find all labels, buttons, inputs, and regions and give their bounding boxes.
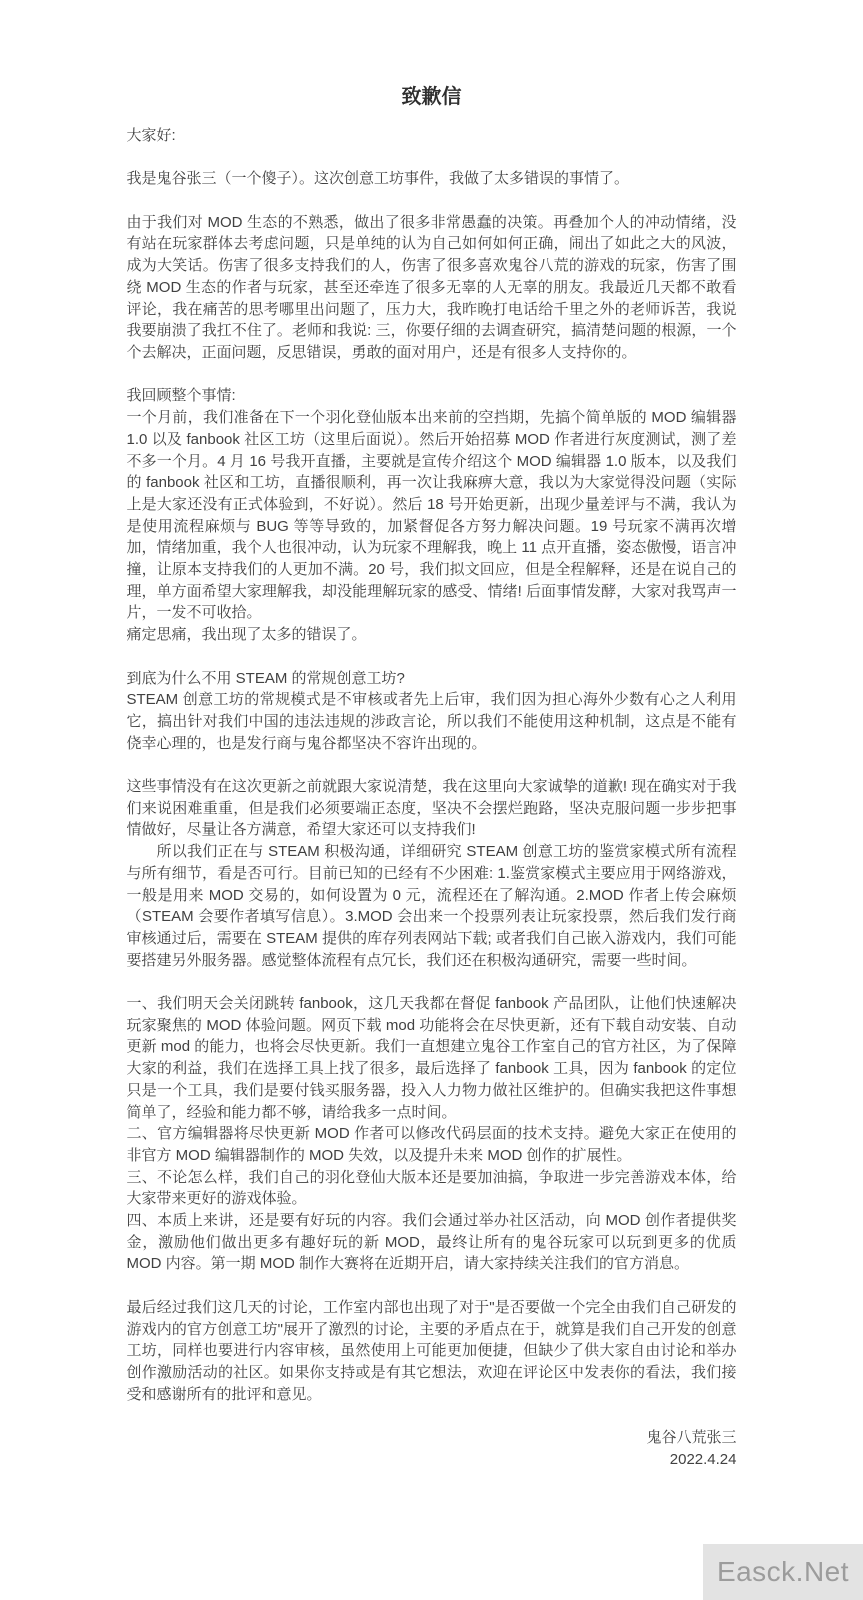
salutation: 大家好: — [127, 125, 737, 147]
document-page: 致歉信 大家好: 我是鬼谷张三（一个傻子）。这次创意工坊事件，我做了太多错误的事… — [0, 0, 863, 1600]
list-item-point-1: 一、我们明天会关闭跳转 fanbook，这几天我都在督促 fanbook 产品团… — [127, 993, 737, 1123]
paragraph-closing: 最后经过我们这几天的讨论，工作室内部也出现了对于"是否要做一个完全由我们自己研发… — [127, 1297, 737, 1406]
letter-body: 大家好: 我是鬼谷张三（一个傻子）。这次创意工坊事件，我做了太多错误的事情了。 … — [127, 125, 737, 1470]
list-item-point-3: 三、不论怎么样，我们自己的羽化登仙大版本还是要加油搞，争取进一步完善游戏本体，给… — [127, 1167, 737, 1210]
signature: 鬼谷八荒张三 — [127, 1427, 737, 1449]
paragraph-intro: 我是鬼谷张三（一个傻子）。这次创意工坊事件，我做了太多错误的事情了。 — [127, 168, 737, 190]
paragraph-review-conclusion: 痛定思痛，我出现了太多的错误了。 — [127, 624, 737, 646]
watermark-badge: Easck.Net — [703, 1544, 863, 1600]
steam-question-heading: 到底为什么不用 STEAM 的常规创意工坊? — [127, 668, 737, 690]
list-item-point-4: 四、本质上来讲，还是要有好玩的内容。我们会通过举办社区活动，向 MOD 创作者提… — [127, 1210, 737, 1275]
paragraph-review-timeline: 一个月前，我们准备在下一个羽化登仙版本出来前的空挡期，先搞个简单版的 MOD 编… — [127, 407, 737, 624]
paragraph-mistakes: 由于我们对 MOD 生态的不熟悉，做出了很多非常愚蠢的决策。再叠加个人的冲动情绪… — [127, 212, 737, 364]
watermark-text: Easck.Net — [717, 1556, 849, 1588]
letter-date: 2022.4.24 — [127, 1449, 737, 1471]
paragraph-steam-answer: STEAM 创意工坊的常规模式是不审核或者先上后审，我们因为担心海外少数有心之人… — [127, 689, 737, 754]
paragraph-apology: 这些事情没有在这次更新之前就跟大家说清楚，我在这里向大家诚挚的道歉! 现在确实对… — [127, 776, 737, 841]
letter-title: 致歉信 — [0, 84, 863, 110]
paragraph-curator-plan: 所以我们正在与 STEAM 积极沟通，详细研究 STEAM 创意工坊的鉴赏家模式… — [127, 841, 737, 971]
review-heading: 我回顾整个事情: — [127, 385, 737, 407]
list-item-point-2: 二、官方编辑器将尽快更新 MOD 作者可以修改代码层面的技术支持。避免大家正在使… — [127, 1123, 737, 1166]
